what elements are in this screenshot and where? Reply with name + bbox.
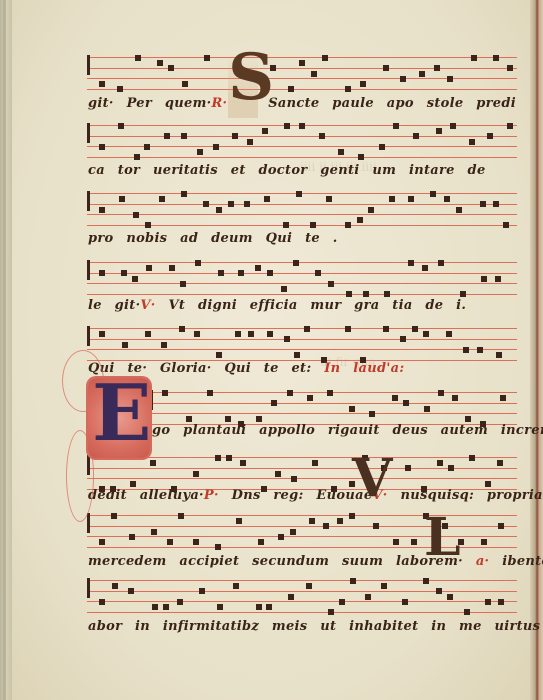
lyric-line-4: le git·V· Vt digni efficia mur gra tia d… [88, 298, 520, 320]
neume-note [157, 60, 163, 66]
neume-note [293, 260, 299, 266]
rubric-response-mark: R· [211, 96, 227, 111]
neume-note [256, 604, 262, 610]
neume-note [182, 81, 188, 87]
lyric-text: mercedem accipiet secundum suum laborem· [88, 554, 463, 569]
neume-note [203, 201, 209, 207]
clef-icon [87, 513, 90, 533]
lyric-line-6: go plantaui appollo rigauit deus autem i… [152, 423, 520, 445]
neume-note [350, 578, 356, 584]
neume-note [213, 144, 219, 150]
neume-note [345, 326, 351, 332]
neume-note [392, 395, 398, 401]
neume-note [327, 390, 333, 396]
neume-note [485, 599, 491, 605]
neume-note [328, 609, 334, 615]
neume-note [495, 276, 501, 282]
lyric-line-2: ca tor ueritatis et doctor genti um inta… [88, 163, 520, 185]
initial-glyph: L [424, 507, 461, 568]
neume-note [419, 71, 425, 77]
neume-note [345, 86, 351, 92]
neume-note [135, 55, 141, 61]
neume-note [430, 191, 436, 197]
neume-note [181, 133, 187, 139]
neume-note [496, 352, 502, 358]
neume-note [296, 191, 302, 197]
initial-letter-s: S [228, 38, 258, 118]
neume-note [99, 81, 105, 87]
neume-note [145, 222, 151, 228]
neume-note [319, 133, 325, 139]
neume-note [448, 465, 454, 471]
neume-note [349, 406, 355, 412]
neume-note [288, 86, 294, 92]
neume-note [384, 291, 390, 297]
neume-note [129, 534, 135, 540]
neume-note [381, 583, 387, 589]
neume-note [434, 65, 440, 71]
neume-note [99, 331, 105, 337]
music-staff [87, 328, 517, 361]
illuminated-initial-e: E [88, 378, 150, 458]
neume-note [339, 599, 345, 605]
music-staff [87, 457, 517, 490]
neume-note [436, 588, 442, 594]
neume-note [161, 342, 167, 348]
neume-note [179, 326, 185, 332]
neume-note [271, 400, 277, 406]
neume-note [307, 395, 313, 401]
neume-note [207, 390, 213, 396]
neume-note [463, 347, 469, 353]
neume-note [232, 133, 238, 139]
neume-note [438, 390, 444, 396]
neume-note [264, 196, 270, 202]
neume-note [299, 60, 305, 66]
neume-note [363, 291, 369, 297]
neume-note [465, 416, 471, 422]
neume-note [133, 212, 139, 218]
neume-note [460, 291, 466, 297]
neume-note [217, 604, 223, 610]
neume-note [402, 599, 408, 605]
neume-note [383, 326, 389, 332]
neume-note [99, 207, 105, 213]
neume-note [485, 481, 491, 487]
neume-note [306, 583, 312, 589]
neume-note [310, 222, 316, 228]
neume-note [423, 578, 429, 584]
neume-note [146, 265, 152, 271]
neume-note [152, 604, 158, 610]
neume-note [117, 86, 123, 92]
neume-note [255, 265, 261, 271]
neume-note [507, 123, 513, 129]
neume-note [487, 133, 493, 139]
neume-note [194, 331, 200, 337]
neume-note [422, 265, 428, 271]
lyric-text: nusquisq: propriam [388, 488, 543, 503]
clef-icon [87, 123, 90, 143]
initial-glyph: S [228, 40, 274, 115]
page-edge-right [530, 0, 543, 700]
neume-note [287, 390, 293, 396]
neume-note [199, 588, 205, 594]
neume-note [368, 207, 374, 213]
neume-note [186, 416, 192, 422]
lyric-line-9: abor in infirmitatibz meis ut inhabitet … [88, 619, 520, 641]
neume-note [357, 217, 363, 223]
neume-note [99, 599, 105, 605]
neume-note [447, 594, 453, 600]
lyric-text: go plantaui appollo rigauit deus autem i… [152, 423, 543, 438]
clef-icon [87, 55, 90, 75]
neume-note [315, 270, 321, 276]
neume-note [215, 455, 221, 461]
neume-note [267, 270, 273, 276]
neume-note [112, 583, 118, 589]
neume-note [267, 331, 273, 337]
neume-note [400, 336, 406, 342]
neume-note [278, 534, 284, 540]
neume-note [178, 513, 184, 519]
neume-note [326, 196, 332, 202]
clef-icon [87, 260, 90, 280]
neume-note [345, 222, 351, 228]
lyric-text: ca tor ueritatis et doctor genti um inta… [88, 163, 486, 178]
rubric-antiphon-mark: a· [463, 554, 489, 569]
neume-note [481, 539, 487, 545]
neume-note [159, 196, 165, 202]
neume-note [424, 406, 430, 412]
neume-note [507, 65, 513, 71]
neume-note [236, 518, 242, 524]
neume-note [294, 352, 300, 358]
neume-note [169, 265, 175, 271]
neume-note [151, 529, 157, 535]
neume-note [408, 260, 414, 266]
clef-icon [87, 578, 90, 598]
neume-note [284, 123, 290, 129]
neume-note [164, 133, 170, 139]
neume-note [400, 76, 406, 82]
rubric-verse-mark: V· [140, 298, 155, 313]
neume-note [379, 144, 385, 150]
neume-note [493, 55, 499, 61]
initial-letter-l: L [424, 507, 454, 569]
neume-note [167, 539, 173, 545]
neume-note [322, 55, 328, 61]
neume-note [498, 523, 504, 529]
neume-note [162, 390, 168, 396]
lyric-text: dedit alleluya· [88, 488, 204, 503]
neume-note [413, 133, 419, 139]
neume-note [497, 460, 503, 466]
neume-note [452, 395, 458, 401]
neume-note [145, 331, 151, 337]
neume-note [132, 276, 138, 282]
neume-note [469, 139, 475, 145]
neume-note [411, 539, 417, 545]
lyric-text: le git· [88, 298, 140, 313]
neume-note [275, 471, 281, 477]
neume-note [204, 55, 210, 61]
neume-note [412, 326, 418, 332]
neume-note [311, 71, 317, 77]
neume-note [447, 76, 453, 82]
neume-note [128, 588, 134, 594]
neume-note [383, 65, 389, 71]
neume-note [240, 460, 246, 466]
neume-note [238, 270, 244, 276]
neume-note [288, 594, 294, 600]
neume-note [163, 604, 169, 610]
neume-note [168, 65, 174, 71]
lyric-text: git· Per quem· [88, 96, 211, 111]
neume-note [195, 260, 201, 266]
neume-note [225, 416, 231, 422]
neume-note [119, 196, 125, 202]
neume-note [111, 513, 117, 519]
music-staff [87, 125, 517, 158]
neume-note [500, 395, 506, 401]
neume-note [130, 481, 136, 487]
neume-note [312, 460, 318, 466]
neume-note [197, 149, 203, 155]
initial-glyph: E [92, 372, 151, 456]
neume-note [456, 207, 462, 213]
neume-note [481, 276, 487, 282]
neume-note [177, 599, 183, 605]
music-staff [87, 262, 517, 295]
neume-note [258, 539, 264, 545]
neume-note [403, 400, 409, 406]
neume-note [144, 144, 150, 150]
neume-note [218, 270, 224, 276]
neume-note [181, 191, 187, 197]
neume-note [323, 523, 329, 529]
neume-note [464, 609, 470, 615]
neume-note [405, 465, 411, 471]
lyric-line-1: git· Per quem·R· Sancte paule apo stole … [88, 96, 520, 118]
neume-note [244, 201, 250, 207]
neume-note [215, 544, 221, 550]
neume-note [393, 539, 399, 545]
lyric-line-5: Qui te· Gloria· Qui te et: In laud'a: [88, 361, 520, 383]
lyric-line-3: pro nobis ad deum Qui te . [88, 231, 520, 253]
neume-note [284, 336, 290, 342]
neume-note [309, 518, 315, 524]
neume-note [365, 594, 371, 600]
neume-note [436, 128, 442, 134]
rubric-psalm-mark: P· [204, 488, 219, 503]
neume-note [216, 207, 222, 213]
neume-note [256, 416, 262, 422]
music-staff [87, 57, 517, 90]
neume-note [247, 139, 253, 145]
neume-note [450, 123, 456, 129]
neume-note [477, 347, 483, 353]
neume-note [235, 331, 241, 337]
neume-note [503, 222, 509, 228]
neume-note [283, 222, 289, 228]
neume-note [216, 352, 222, 358]
neume-note [493, 201, 499, 207]
neume-note [393, 123, 399, 129]
neume-note [118, 123, 124, 129]
binding-shadow [3, 0, 6, 700]
neume-note [121, 270, 127, 276]
neume-note [304, 326, 310, 332]
neume-note [469, 455, 475, 461]
neume-note [446, 331, 452, 337]
neume-note [438, 260, 444, 266]
neume-note [266, 604, 272, 610]
neume-note [193, 539, 199, 545]
neume-note [122, 342, 128, 348]
neume-note [233, 583, 239, 589]
music-staff [87, 193, 517, 226]
neume-note [338, 149, 344, 155]
neume-note [228, 201, 234, 207]
neume-note [360, 81, 366, 87]
lyric-text: ibenter glori [489, 554, 543, 569]
neume-note [437, 460, 443, 466]
neume-note [444, 196, 450, 202]
neume-note [423, 331, 429, 337]
lyric-text: abor in infirmitatibz meis ut inhabitet … [88, 619, 543, 634]
lyric-text: pro nobis ad deum Qui te . [88, 231, 338, 246]
neume-note [290, 529, 296, 535]
neume-note [99, 270, 105, 276]
neume-note [134, 154, 140, 160]
rubric-rubric-text: In laud'a: [324, 361, 404, 376]
neume-note [408, 196, 414, 202]
clef-icon [87, 326, 90, 346]
binding-gutter [0, 0, 12, 700]
lyric-text: Vt digni efficia mur gra tia de i. [156, 298, 467, 313]
neume-note [299, 123, 305, 129]
neume-note [291, 476, 297, 482]
neume-note [248, 331, 254, 337]
neume-note [349, 513, 355, 519]
neume-note [480, 201, 486, 207]
neume-note [328, 281, 334, 287]
neume-note [337, 518, 343, 524]
neume-note [150, 460, 156, 466]
initial-letter-v: V [352, 447, 382, 511]
neume-note [99, 539, 105, 545]
neume-note [226, 455, 232, 461]
neume-note [281, 286, 287, 292]
neume-note [193, 471, 199, 477]
neume-note [471, 55, 477, 61]
lyric-text: Dns reg: Euouae [219, 488, 373, 503]
neume-note [99, 144, 105, 150]
clef-icon [87, 191, 90, 211]
neume-note [498, 599, 504, 605]
neume-note [369, 411, 375, 417]
neume-note [180, 281, 186, 287]
neume-note [389, 196, 395, 202]
neume-note [346, 291, 352, 297]
neume-note [358, 154, 364, 160]
neume-note [262, 128, 268, 134]
neume-note [373, 523, 379, 529]
music-staff [87, 580, 517, 613]
music-staff [150, 392, 517, 425]
initial-glyph: V [352, 448, 392, 509]
